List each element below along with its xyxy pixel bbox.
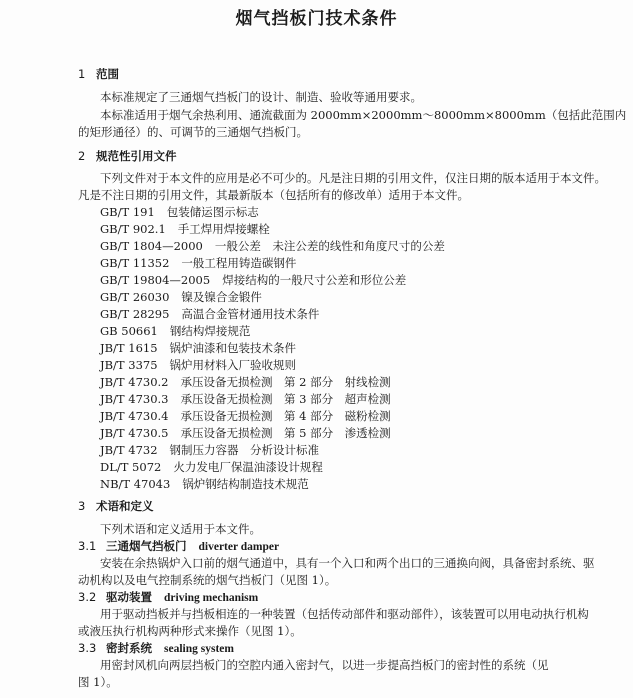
term-heading-3-2: 3.2驱动装置driving mechanism — [78, 589, 258, 605]
reference-item: JB/T 3375锅炉用材料入厂验收规则 — [100, 357, 296, 373]
paragraph: 或液压执行机构两种形式来操作（见图 1）。 — [78, 623, 302, 639]
paragraph: 动机构以及电气控制系统的烟气挡板门（见图 1）。 — [78, 572, 336, 588]
reference-item: DL/T 5072火力发电厂保温油漆设计规程 — [100, 459, 323, 475]
document-page: 烟气挡板门技术条件 1范围 本标准规定了三通烟气挡板门的设计、制造、验收等通用要… — [0, 0, 633, 698]
term-heading-3-1: 3.1三通烟气挡板门diverter damper — [78, 538, 279, 554]
reference-item: JB/T 4730.2承压设备无损检测 第 2 部分 射线检测 — [100, 374, 391, 390]
reference-item: GB/T 26030镍及镍合金锻件 — [100, 289, 262, 305]
section-heading-2: 2规范性引用文件 — [78, 148, 177, 164]
paragraph: 的矩形通径）的、可调节的三通烟气挡板门。 — [78, 124, 308, 140]
paragraph: 安装在余热锅炉入口前的烟气通道中，具有一个入口和两个出口的三通换向阀，具备密封系… — [100, 555, 595, 571]
reference-item: GB/T 902.1手工焊用焊接螺栓 — [100, 221, 270, 237]
reference-item: GB/T 191包装储运图示标志 — [100, 204, 259, 220]
reference-item: GB/T 11352一般工程用铸造碳钢件 — [100, 255, 296, 271]
term-heading-3-3: 3.3密封系统sealing system — [78, 640, 234, 656]
paragraph: 下列术语和定义适用于本文件。 — [100, 521, 261, 537]
reference-item: JB/T 4730.5承压设备无损检测 第 5 部分 渗透检测 — [100, 425, 391, 441]
reference-item: GB/T 19804—2005焊接结构的一般尺寸公差和形位公差 — [100, 272, 406, 288]
reference-item: GB 50661钢结构焊接规范 — [100, 323, 250, 339]
paragraph: 本标准适用于烟气余热利用、通流截面为 2000mm×2000mm～8000mm×… — [100, 107, 626, 123]
paragraph: 图 1）。 — [78, 674, 118, 690]
document-title: 烟气挡板门技术条件 — [0, 4, 633, 29]
section-heading-3: 3术语和定义 — [78, 498, 154, 514]
reference-item: JB/T 4730.3承压设备无损检测 第 3 部分 超声检测 — [100, 391, 391, 407]
section-heading-1: 1范围 — [78, 66, 119, 82]
paragraph: 凡是不注日期的引用文件，其最新版本（包括所有的修改单）适用于本文件。 — [78, 187, 469, 203]
paragraph: 用密封风机向两层挡板门的空腔内通入密封气，以进一步提高挡板门的密封性的系统（见 — [100, 657, 549, 673]
reference-item: JB/T 1615锅炉油漆和包装技术条件 — [100, 340, 296, 356]
reference-item: JB/T 4732钢制压力容器 分析设计标准 — [100, 442, 319, 458]
reference-item: NB/T 47043锅炉钢结构制造技术规范 — [100, 476, 309, 492]
paragraph: 本标准规定了三通烟气挡板门的设计、制造、验收等通用要求。 — [100, 89, 422, 105]
reference-item: GB/T 28295高温合金管材通用技术条件 — [100, 306, 319, 322]
paragraph: 下列文件对于本文件的应用是必不可少的。凡是注日期的引用文件，仅注日期的版本适用于… — [100, 170, 606, 186]
reference-item: JB/T 4730.4承压设备无损检测 第 4 部分 磁粉检测 — [100, 408, 391, 424]
reference-item: GB/T 1804—2000一般公差 未注公差的线性和角度尺寸的公差 — [100, 238, 445, 254]
paragraph: 用于驱动挡板并与挡板相连的一种装置（包括传动部件和驱动部件），该装置可以用电动执… — [100, 606, 589, 622]
